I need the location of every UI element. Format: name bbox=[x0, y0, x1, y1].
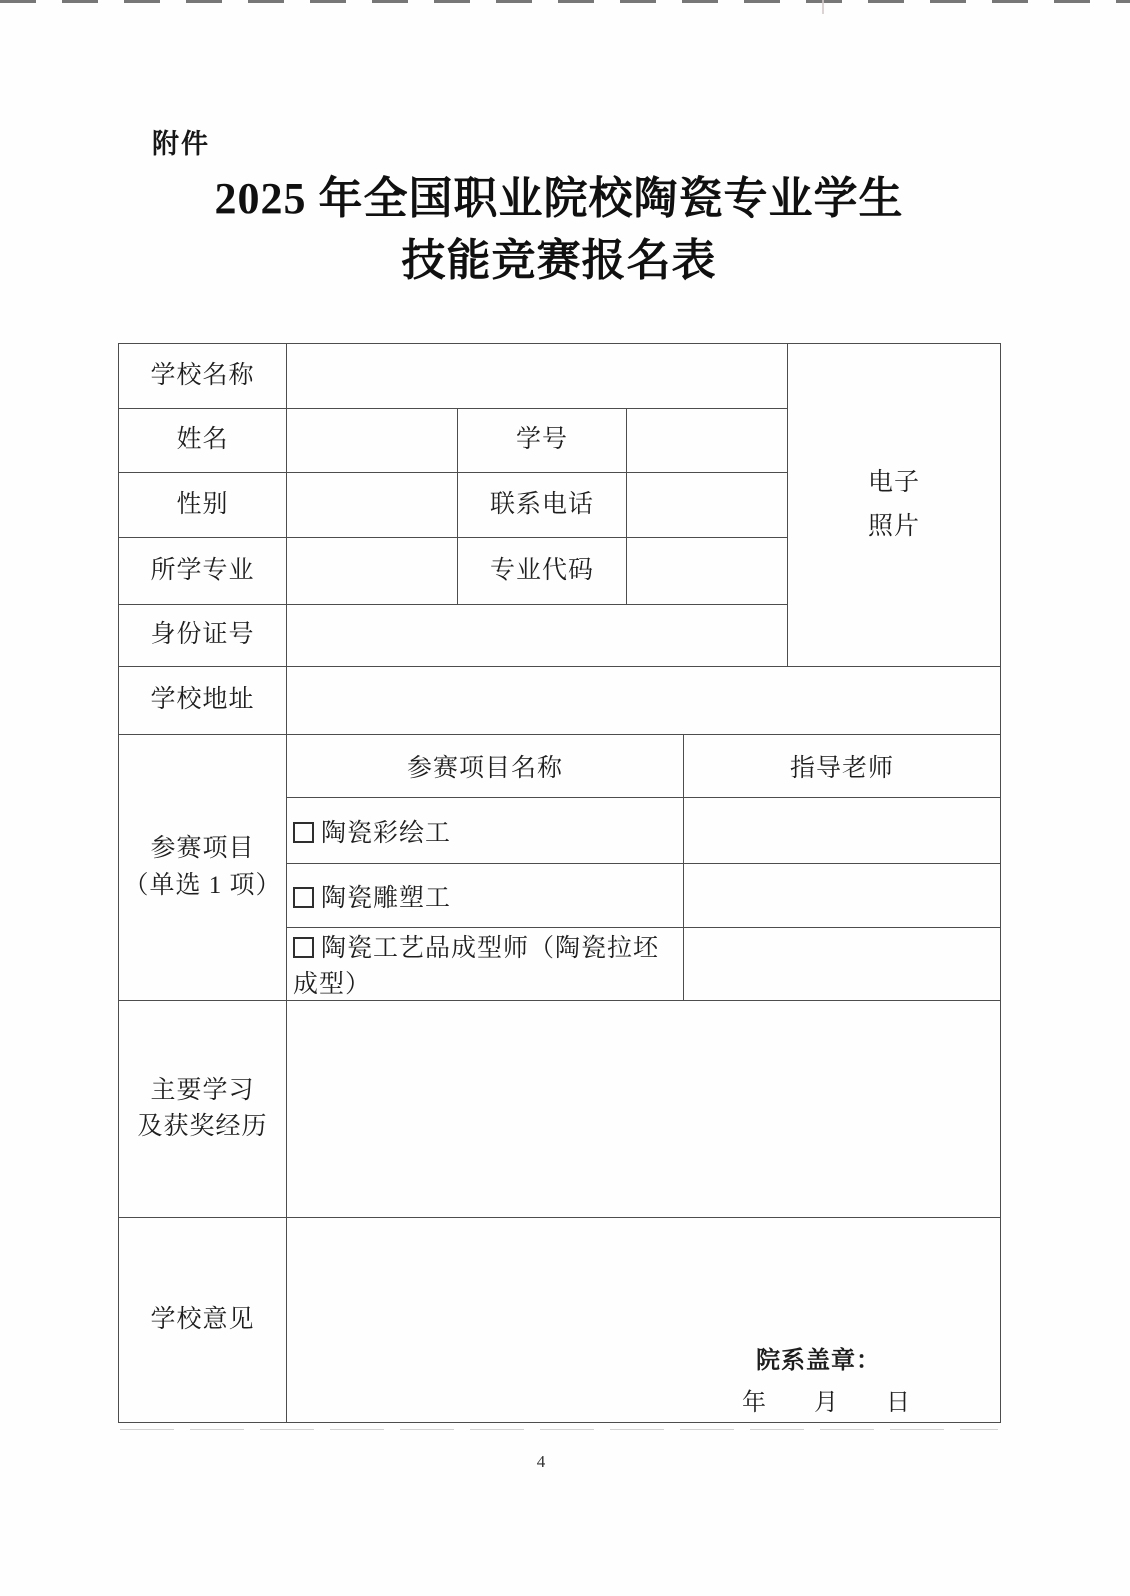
gender-label: 性别 bbox=[119, 473, 287, 538]
experience-input[interactable] bbox=[287, 1001, 1001, 1218]
scanned-document-page: 附件 2025 年全国职业院校陶瓷专业学生 技能竞赛报名表 学校名称 电子 照片… bbox=[0, 0, 1130, 1596]
page-number: 4 bbox=[0, 1452, 1082, 1472]
advisor-input-1[interactable] bbox=[684, 798, 1001, 864]
scan-artifact-mark bbox=[822, 0, 824, 14]
event-option-ceramic-sculpture: 陶瓷雕塑工 bbox=[287, 864, 684, 928]
major-label: 所学专业 bbox=[119, 538, 287, 605]
experience-label-line2: 及获奖经历 bbox=[119, 1109, 286, 1145]
form-title-line1: 2025 年全国职业院校陶瓷专业学生 bbox=[118, 168, 1000, 230]
experience-label-line1: 主要学习 bbox=[119, 1073, 286, 1109]
attachment-label: 附件 bbox=[152, 122, 210, 161]
scan-artifact-top-edge bbox=[0, 0, 1130, 3]
school-name-input[interactable] bbox=[287, 344, 788, 409]
student-id-input[interactable] bbox=[627, 409, 788, 473]
photo-cell[interactable]: 电子 照片 bbox=[788, 344, 1001, 667]
date-month-unit: 月 bbox=[814, 1382, 838, 1417]
seal-label: 院系盖章： bbox=[742, 1340, 914, 1375]
school-address-label: 学校地址 bbox=[119, 667, 287, 735]
option-label-ceramic-painting: 陶瓷彩绘工 bbox=[321, 820, 451, 847]
table-row: 学校地址 bbox=[119, 667, 1001, 735]
id-number-input[interactable] bbox=[287, 605, 788, 667]
event-option-ceramic-painting: 陶瓷彩绘工 bbox=[287, 798, 684, 864]
photo-label-line2: 照片 bbox=[788, 505, 1000, 549]
photo-label-line1: 电子 bbox=[788, 461, 1000, 505]
name-input[interactable] bbox=[287, 409, 458, 473]
id-number-label: 身份证号 bbox=[119, 605, 287, 667]
scan-artifact-bottom-echo bbox=[120, 1429, 998, 1430]
school-name-label: 学校名称 bbox=[119, 344, 287, 409]
event-option-ceramic-forming: 陶瓷工艺品成型师（陶瓷拉坯成型） bbox=[287, 928, 684, 1001]
table-row: 学校意见 院系盖章： 年 月 日 bbox=[119, 1218, 1001, 1423]
option-label-ceramic-forming: 陶瓷工艺品成型师（陶瓷拉坯成型） bbox=[293, 935, 659, 998]
table-row: 学校名称 电子 照片 bbox=[119, 344, 1001, 409]
event-section-label-line1: 参赛项目 bbox=[119, 831, 286, 867]
advisor-header: 指导老师 bbox=[684, 735, 1001, 798]
date-year-unit: 年 bbox=[742, 1382, 766, 1417]
major-input[interactable] bbox=[287, 538, 458, 605]
advisor-input-3[interactable] bbox=[684, 928, 1001, 1001]
table-row: 主要学习 及获奖经历 bbox=[119, 1001, 1001, 1218]
name-label: 姓名 bbox=[119, 409, 287, 473]
date-day-unit: 日 bbox=[886, 1382, 910, 1417]
option-label-ceramic-sculpture: 陶瓷雕塑工 bbox=[321, 885, 451, 912]
phone-input[interactable] bbox=[627, 473, 788, 538]
seal-block: 院系盖章： 年 月 日 bbox=[742, 1340, 914, 1417]
school-opinion-label: 学校意见 bbox=[119, 1218, 287, 1423]
registration-form-table: 学校名称 电子 照片 姓名 学号 性别 联系电话 所学专业 专业代码 bbox=[118, 343, 1001, 1423]
form-title: 2025 年全国职业院校陶瓷专业学生 技能竞赛报名表 bbox=[118, 168, 1000, 293]
gender-input[interactable] bbox=[287, 473, 458, 538]
form-title-line2: 技能竞赛报名表 bbox=[118, 230, 1000, 292]
checkbox-ceramic-forming-icon[interactable] bbox=[293, 937, 314, 958]
major-code-label: 专业代码 bbox=[458, 538, 627, 605]
advisor-input-2[interactable] bbox=[684, 864, 1001, 928]
experience-label: 主要学习 及获奖经历 bbox=[119, 1001, 287, 1218]
date-placeholder: 年 月 日 bbox=[742, 1382, 914, 1417]
phone-label: 联系电话 bbox=[458, 473, 627, 538]
student-id-label: 学号 bbox=[458, 409, 627, 473]
checkbox-ceramic-sculpture-icon[interactable] bbox=[293, 887, 314, 908]
school-opinion-input[interactable]: 院系盖章： 年 月 日 bbox=[287, 1218, 1001, 1423]
table-row: 参赛项目 （单选 1 项） 参赛项目名称 指导老师 bbox=[119, 735, 1001, 798]
school-address-input[interactable] bbox=[287, 667, 1001, 735]
event-section-label: 参赛项目 （单选 1 项） bbox=[119, 735, 287, 1001]
major-code-input[interactable] bbox=[627, 538, 788, 605]
checkbox-ceramic-painting-icon[interactable] bbox=[293, 822, 314, 843]
event-name-header: 参赛项目名称 bbox=[287, 735, 684, 798]
event-section-label-line2: （单选 1 项） bbox=[119, 868, 286, 904]
